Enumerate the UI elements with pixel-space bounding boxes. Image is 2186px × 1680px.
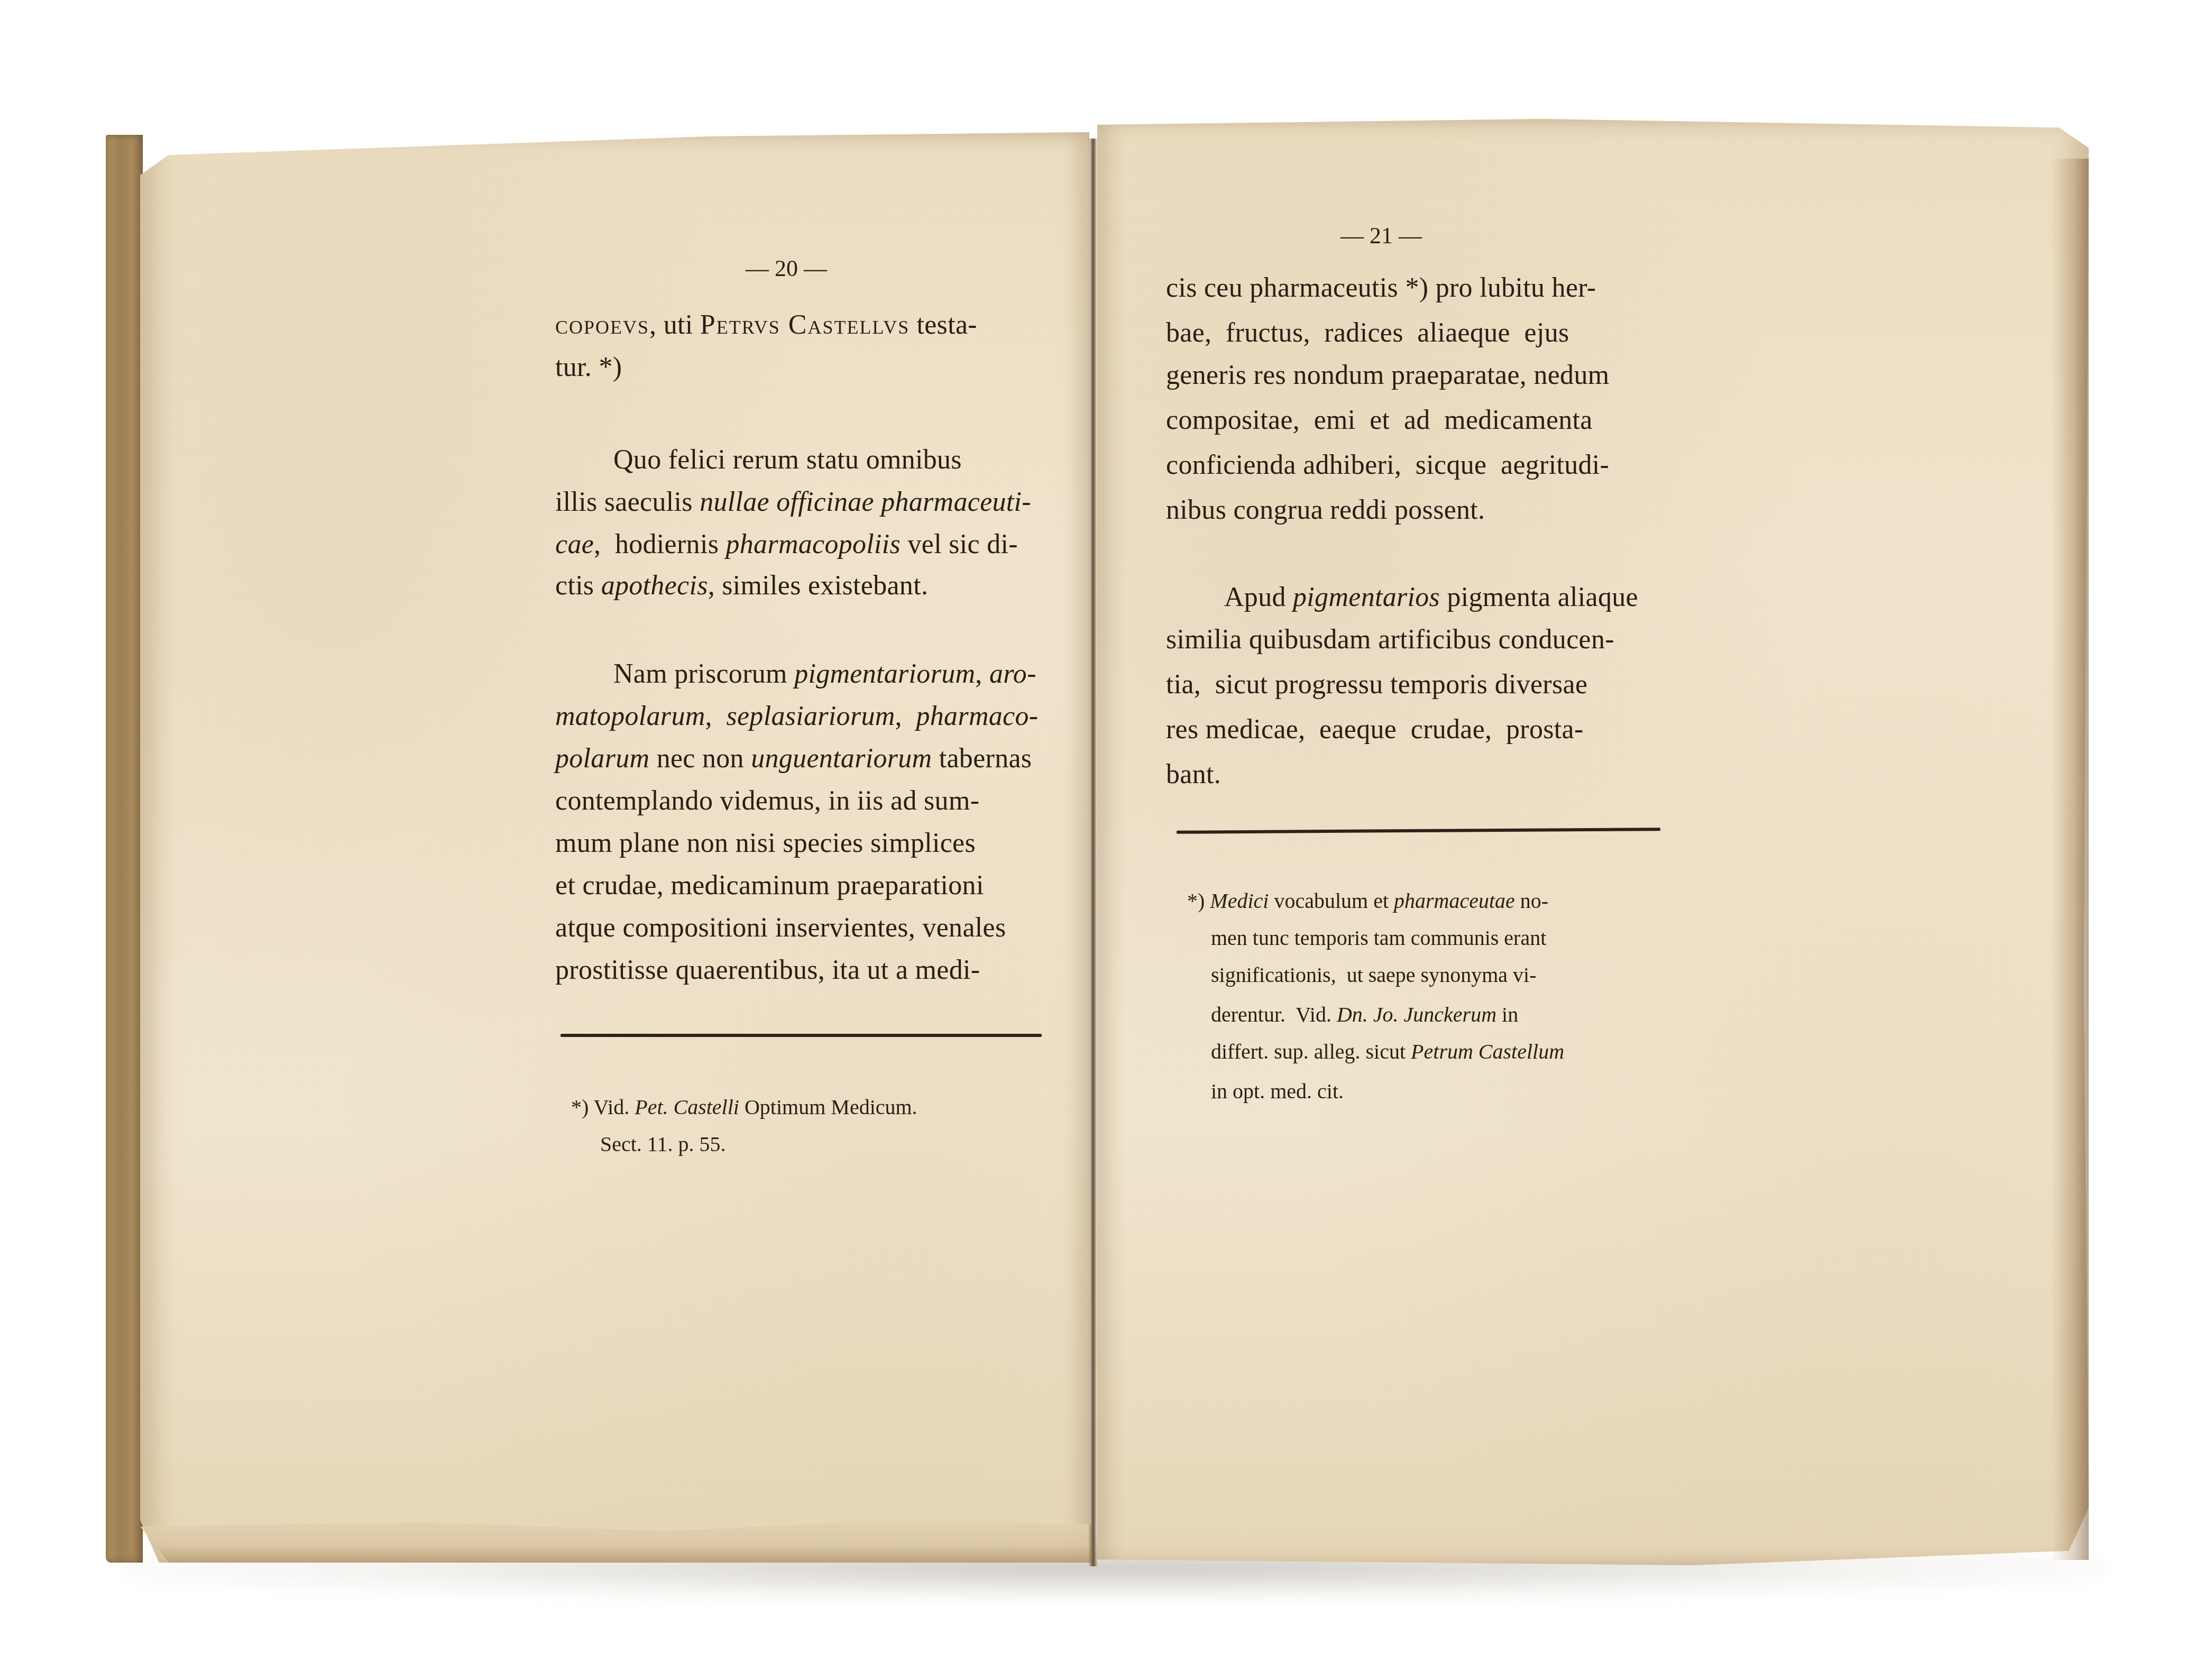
text-line: illis saeculis nullae officinae pharmace… bbox=[555, 486, 1031, 518]
text-line: atque compositioni inservientes, venales bbox=[555, 912, 1006, 944]
text-segment: generis res nondum praeparatae, nedum bbox=[1166, 360, 1609, 390]
book-gutter bbox=[1088, 139, 1098, 1566]
text-segment: differt. sup. alleg. sicut bbox=[1211, 1040, 1411, 1063]
text-segment: et crudae, medicaminum praeparationi bbox=[555, 870, 984, 901]
text-segment: atque compositioni inservientes, venales bbox=[555, 913, 1006, 943]
text-segment: Medici bbox=[1210, 889, 1269, 913]
text-line: mum plane non nisi species simplices bbox=[555, 828, 976, 859]
text-segment: apothecis bbox=[601, 571, 708, 601]
text-segment: nibus congrua reddi possent. bbox=[1166, 495, 1485, 525]
text-segment: copoevs bbox=[555, 310, 649, 340]
text-segment: pharmaco- bbox=[916, 701, 1038, 731]
text-line: similia quibusdam artificibus conducen- bbox=[1166, 624, 1614, 656]
text-segment: Petrum Castellum bbox=[1411, 1040, 1564, 1063]
text-segment: ctis bbox=[555, 571, 601, 601]
text-segment: , bbox=[895, 701, 916, 731]
text-segment: tabernas bbox=[932, 743, 1032, 774]
text-line: tur. *) bbox=[555, 352, 622, 383]
text-segment: Dn. Jo. Junckerum bbox=[1337, 1003, 1496, 1026]
footnote-line: derentur. Vid. Dn. Jo. Junckerum in bbox=[1211, 1002, 1518, 1027]
text-segment: *) Vid. bbox=[571, 1095, 635, 1119]
text-segment: pigmenta aliaque bbox=[1440, 582, 1638, 612]
text-segment: pharmaceutae bbox=[1394, 889, 1515, 913]
text-line: cis ceu pharmaceutis *) pro lubitu her- bbox=[1166, 272, 1596, 304]
text-line: et crudae, medicaminum praeparationi bbox=[555, 870, 984, 902]
text-segment: Apud bbox=[1224, 582, 1293, 612]
text-segment: compositae, emi et ad medicamenta bbox=[1166, 405, 1593, 435]
text-segment: nullae officinae pharmaceuti- bbox=[700, 487, 1031, 517]
text-line: bae, fructus, radices aliaeque ejus bbox=[1166, 317, 1569, 349]
text-segment: in opt. med. cit. bbox=[1211, 1079, 1344, 1103]
text-segment: mum plane non nisi species simplices bbox=[555, 828, 976, 858]
text-segment: bant. bbox=[1166, 759, 1221, 789]
text-segment: pigmentariorum bbox=[794, 659, 975, 689]
text-line: compositae, emi et ad medicamenta bbox=[1166, 405, 1593, 436]
text-segment: prostitisse quaerentibus, ita ut a medi- bbox=[555, 955, 980, 985]
footnote-line: Sect. 11. p. 55. bbox=[600, 1132, 725, 1157]
footnote-line: *) Vid. Pet. Castelli Optimum Medicum. bbox=[571, 1095, 917, 1120]
text-segment: Optimum Medicum. bbox=[739, 1095, 917, 1119]
text-segment: seplasiariorum bbox=[726, 701, 895, 731]
text-segment: res medicae, eaeque crudae, prosta- bbox=[1166, 714, 1584, 745]
text-segment: pharmacopoliis bbox=[726, 529, 901, 559]
text-line: polarum nec non unguentariorum tabernas bbox=[555, 743, 1032, 775]
text-segment: polarum bbox=[555, 743, 649, 774]
text-segment: aro- bbox=[989, 659, 1036, 689]
text-line: prostitisse quaerentibus, ita ut a medi- bbox=[555, 954, 980, 986]
text-segment: testa- bbox=[910, 310, 977, 340]
text-segment: Sect. 11. p. 55. bbox=[600, 1132, 725, 1156]
text-segment: , bbox=[705, 701, 727, 731]
footnote-line: *) Medici vocabulum et pharmaceutae no- bbox=[1187, 888, 1548, 914]
text-segment: derentur. Vid. bbox=[1211, 1003, 1337, 1026]
text-segment: nec non bbox=[649, 743, 751, 774]
text-segment: vocabulum et bbox=[1269, 889, 1394, 913]
text-line: Apud pigmentarios pigmenta aliaque bbox=[1166, 582, 1638, 613]
text-line: cae, hodiernis pharmacopoliis vel sic di… bbox=[555, 529, 1018, 561]
footnote-line: men tunc temporis tam communis erant bbox=[1211, 925, 1546, 951]
text-segment: cis ceu pharmaceutis *) pro lubitu her- bbox=[1166, 273, 1596, 303]
text-segment: , similes existebant. bbox=[708, 571, 928, 601]
text-line: tia, sicut progressu temporis diversae bbox=[1166, 669, 1587, 701]
text-segment: in bbox=[1496, 1003, 1518, 1026]
text-line: Nam priscorum pigmentariorum, aro- bbox=[555, 658, 1036, 690]
text-segment: unguentariorum bbox=[751, 743, 932, 774]
text-line: res medicae, eaeque crudae, prosta- bbox=[1166, 714, 1584, 746]
text-line: nibus congrua reddi possent. bbox=[1166, 494, 1485, 526]
text-segment: tia, sicut progressu temporis diversae bbox=[1166, 669, 1587, 700]
text-segment: Pet. Castelli bbox=[635, 1095, 739, 1119]
text-segment: men tunc temporis tam communis erant bbox=[1211, 926, 1546, 950]
page-number-left: — 20 — bbox=[746, 255, 827, 282]
text-segment: similia quibusdam artificibus conducen- bbox=[1166, 625, 1614, 655]
text-segment: conficienda adhiberi, sicque aegritudi- bbox=[1166, 450, 1609, 480]
text-line: ctis apothecis, similes existebant. bbox=[555, 570, 928, 602]
text-line: Quo felici rerum statu omnibus bbox=[555, 444, 962, 476]
text-segment: cae bbox=[555, 529, 594, 559]
text-segment: vel sic di- bbox=[901, 529, 1018, 559]
text-line: contemplando videmus, in iis ad sum- bbox=[555, 785, 979, 817]
right-page-deckled-edge bbox=[2052, 159, 2089, 1560]
text-segment: matopolarum bbox=[555, 701, 705, 731]
text-segment: , uti bbox=[649, 310, 700, 340]
text-segment: Petrvs Castellvs bbox=[700, 310, 910, 340]
text-segment: contemplando videmus, in iis ad sum- bbox=[555, 786, 979, 816]
text-segment: *) bbox=[1187, 889, 1210, 913]
text-line: conficienda adhiberi, sicque aegritudi- bbox=[1166, 449, 1609, 481]
text-segment: , bbox=[975, 659, 989, 689]
footnote-line: differt. sup. alleg. sicut Petrum Castel… bbox=[1211, 1039, 1564, 1064]
text-segment: bae, fructus, radices aliaeque ejus bbox=[1166, 318, 1569, 348]
text-segment: , hodiernis bbox=[594, 529, 725, 559]
text-segment: no- bbox=[1515, 889, 1548, 913]
footnote-rule-left bbox=[561, 1034, 1042, 1037]
text-segment: significationis, ut saepe synonyma vi- bbox=[1211, 963, 1536, 987]
text-line: matopolarum, seplasiariorum, pharmaco- bbox=[555, 701, 1038, 732]
text-segment: Quo felici rerum statu omnibus bbox=[613, 445, 962, 475]
text-segment: illis saeculis bbox=[555, 487, 700, 517]
text-line: copoevs, uti Petrvs Castellvs testa- bbox=[555, 309, 977, 341]
text-segment: tur. *) bbox=[555, 352, 622, 382]
page-number-right: — 21 — bbox=[1340, 222, 1422, 249]
footnote-line: in opt. med. cit. bbox=[1211, 1079, 1344, 1104]
text-line: bant. bbox=[1166, 759, 1221, 791]
text-segment: pigmentarios bbox=[1293, 582, 1440, 612]
text-line: generis res nondum praeparatae, nedum bbox=[1166, 360, 1609, 391]
text-segment: Nam priscorum bbox=[613, 659, 794, 689]
footnote-line: significationis, ut saepe synonyma vi- bbox=[1211, 962, 1536, 988]
book-cover-edge bbox=[106, 135, 143, 1563]
